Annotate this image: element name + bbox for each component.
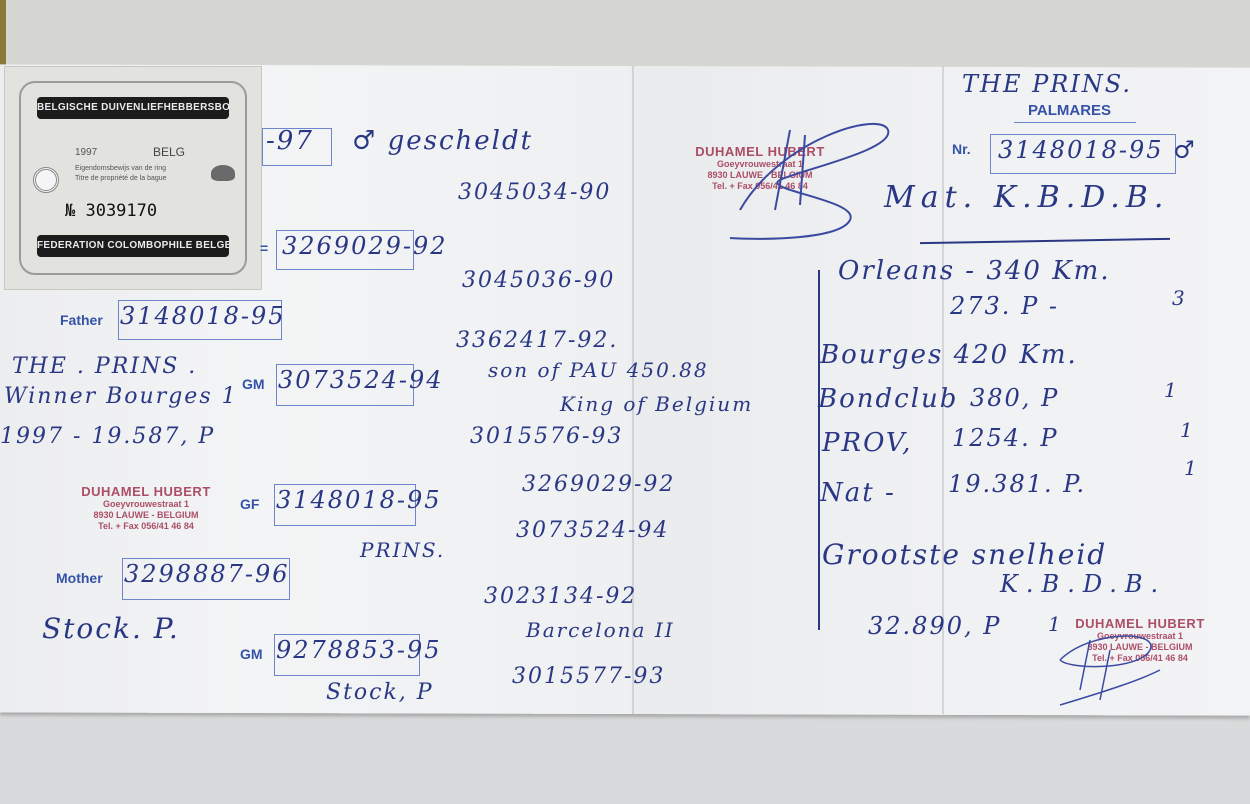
punch-hole-icon — [33, 167, 59, 193]
gm-mother-ring: 9278853-95 — [276, 636, 442, 664]
margin-stroke — [818, 270, 820, 630]
top-father-label: = — [260, 240, 268, 256]
speed-org: K.B.D.B. — [1000, 570, 1166, 598]
gm-mother-label: GM — [240, 646, 263, 662]
ancestor-10: Barcelona II — [526, 618, 675, 642]
certificate-number: № 3039170 — [65, 201, 157, 221]
certificate-top-banner: BELGISCHE DUIVENLIEFHEBBERSBOND — [37, 97, 229, 119]
certificate-bottom-banner: FEDERATION COLOMBOPHILE BELGE — [37, 235, 229, 257]
ancestor-2: 3045036-90 — [462, 268, 615, 293]
mother-ring: 3298887-96 — [124, 560, 290, 588]
gm-father-label: GM — [242, 376, 265, 392]
ancestor-7: 3269029-92 — [522, 472, 675, 497]
ancestor-5: King of Belgium — [560, 392, 753, 416]
result-4-detail: 1254. P — [952, 424, 1058, 452]
background-surface — [0, 0, 1250, 70]
stamp-street: Goeyvrouwestraat 1 — [70, 499, 222, 510]
certificate-subtitle-nl: Eigendomsbewijs van de ring — [75, 165, 166, 172]
certificate-year: 1997 — [75, 147, 97, 158]
certificate-country: BELG — [153, 145, 185, 159]
result-1-place: 3 — [1172, 286, 1187, 310]
mother-label: Mother — [56, 570, 103, 586]
ring-certificate: BELGISCHE DUIVENLIEFHEBBERSBOND 1997 BEL… — [4, 66, 262, 290]
gm-mother-note: Stock, P — [326, 680, 434, 705]
palmares-header-note: THE PRINS. — [962, 70, 1132, 98]
top-father-ring: 3269029-92 — [282, 232, 448, 260]
gf-mother-note: PRINS. — [360, 538, 445, 562]
bird-ring: -97 — [266, 126, 314, 156]
result-5-detail: 19.381. P. — [948, 470, 1086, 498]
palmares-title: PALMARES — [1028, 102, 1111, 119]
father-ring: 3148018-95 — [120, 302, 286, 330]
mother-note: Stock. P. — [42, 612, 180, 645]
breeder-stamp: DUHAMEL HUBERT Goeyvrouwestraat 1 8930 L… — [70, 484, 222, 532]
signature-icon — [1050, 620, 1170, 710]
stamp-city: 8930 LAUWE - BELGIUM — [70, 510, 222, 521]
ancestor-9: 3023134-92 — [484, 584, 637, 609]
ancestor-8: 3073524-94 — [516, 518, 669, 543]
nr-value: 3148018-95 ♂ — [998, 136, 1197, 164]
result-5-place: 1 — [1184, 456, 1199, 480]
gf-mother-ring: 3148018-95 — [276, 486, 442, 514]
ancestor-3: 3362417-92. — [456, 328, 618, 353]
gm-father-ring: 3073524-94 — [278, 366, 444, 394]
ancestor-11: 3015577-93 — [512, 664, 665, 689]
father-label: Father — [60, 312, 103, 328]
ancestor-4: son of PAU 450.88 — [488, 358, 709, 382]
result-3-race: Bondclub — [818, 384, 958, 414]
nr-label: Nr. — [952, 141, 971, 157]
fold-line — [632, 66, 634, 714]
result-5-race: Nat - — [820, 478, 896, 508]
stamp-name: DUHAMEL HUBERT — [70, 484, 222, 499]
result-3-detail: 380, P — [970, 384, 1059, 412]
father-note-2: Winner Bourges 1 — [4, 384, 238, 409]
result-2-race: Bourges 420 Km. — [820, 340, 1078, 370]
father-note-3: 1997 - 19.587, P — [0, 424, 215, 449]
result-1-detail: 273. P - — [950, 292, 1059, 320]
result-4-race: PROV, — [822, 428, 912, 458]
gf-mother-label: GF — [240, 496, 259, 512]
certificate-subtitle-fr: Titre de propriété de la bague — [75, 175, 167, 182]
ancestor-6: 3015576-93 — [470, 424, 623, 449]
palmares-underline — [1014, 122, 1136, 123]
result-3-place: 1 — [1164, 378, 1179, 402]
result-4-place: 1 — [1180, 418, 1195, 442]
speed-result: 32.890, P — [868, 612, 1001, 640]
result-1-race: Orleans - 340 Km. — [838, 256, 1111, 286]
bird-sex-note: ♂ gescheldt — [352, 126, 533, 156]
father-note-1: THE . PRINS . — [12, 354, 197, 379]
ancestor-1: 3045034-90 — [458, 180, 611, 205]
crown-icon — [211, 165, 235, 181]
stamp-phone: Tel. + Fax 056/41 46 84 — [70, 521, 222, 532]
palmares-subtitle: Mat. K.B.D.B. — [884, 180, 1169, 215]
signature-icon — [720, 110, 900, 250]
speed-title: Grootste snelheid — [822, 538, 1107, 571]
